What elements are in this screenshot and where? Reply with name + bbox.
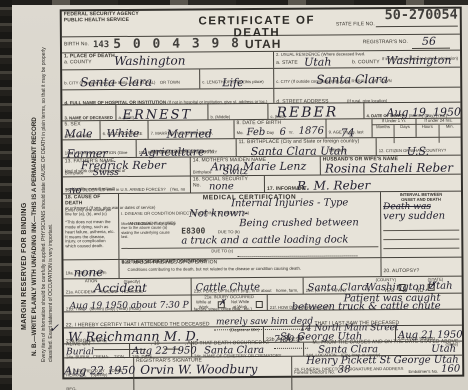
field-date-signed: 23c. DATE SIGNED Aug 21 1950 — [396, 326, 462, 341]
field-last-name: c. (Last) REBER — [268, 103, 364, 119]
field-length-of-stay: c. LENGTH OF STAY (this place) Life — [200, 69, 274, 89]
field-time-of-injury: 21d. TIME (Month) (Day) (Year) (Hour) Au… — [64, 295, 192, 311]
scan-edge-top — [0, 0, 468, 5]
cause-note-2: *This does not mean the mode of dying, s… — [65, 220, 116, 249]
race-value: White — [107, 128, 140, 139]
field-physician-signature: 23a. SIGNATURE (Degree or title) W Reich… — [64, 327, 264, 343]
burial-date-value: Aug 22 1950 — [132, 346, 197, 356]
dob-mo-value: Feb — [247, 128, 266, 138]
spouse-name-value: Rosina Staheli Reber — [325, 162, 453, 175]
accident-label: 21a. ACCIDENT — [66, 289, 97, 294]
field-hospital: d. FULL NAME OF HOSPITAL OR INSTITUTION … — [62, 89, 274, 104]
birth-no-label: BIRTH No. — [64, 42, 89, 48]
agency-block: FEDERAL SECURITY AGENCY PUBLIC HEALTH SE… — [62, 11, 180, 37]
state-file-block: 50-270054 STATE FILE NO. — [334, 9, 460, 35]
field-citizen: 12. CITIZEN OF WHAT COUNTRY? U.S. — [377, 138, 461, 156]
field-spouse-name: HUSBAND'S OR WIFE'S NAME Rosina Staheli … — [321, 156, 461, 175]
field-age: 9. AGE (In yrs. last birthday) 74 — [326, 119, 372, 137]
field-injury-occurred: 21e. INJURY OCCURRED While atWork ✗ Not … — [192, 295, 268, 311]
degree-or-title-label: (Degree or title) — [230, 328, 259, 333]
place-county-value: Washington — [114, 55, 185, 67]
residence-city-value: Santa Clara — [316, 73, 388, 86]
field-street-address: d. STREET ADDRESS (If rural, give locati… — [274, 88, 460, 103]
residence-county-label: b. COUNTY — [352, 60, 380, 66]
field-injury-location: 21c. (CITY or TOWN) (COUNTY) (STATE) San… — [304, 277, 462, 294]
industry-value: Agriculture — [141, 146, 205, 157]
margin-instructions-text: Every item of information should be care… — [41, 44, 54, 362]
rule-line — [383, 239, 459, 249]
injury-city-value: Santa Clara, — [308, 283, 371, 293]
registrar-row: 25. DATE REC'D BY LOCAL REG. Aug 22 1950… — [64, 356, 462, 390]
field-place-of-injury: 21b. PLACE OF INJURY (e.g., in or about … — [192, 278, 304, 295]
field-cemetery: 24c. NAME OF CEMETERY OR CREMATORY Santa… — [192, 343, 304, 357]
registrar-signature-value: Orvin W. Woodbury — [140, 363, 257, 376]
embalmer-no-value: 160 — [441, 365, 460, 375]
field-burial-date: 24b. DATE Aug 22 1950 — [130, 343, 192, 356]
field-physician-address: 23b. ADDRESS 14 North Main Street St. Ge… — [264, 326, 396, 342]
field-burial: 24a. BURIAL, CREMA- TION, REMOVAL (Speci… — [64, 344, 130, 357]
field-industry: 10b. KIND OF BUSINESS OR INDUSTRY Agricu… — [137, 139, 237, 157]
last-name-value: REBER — [276, 105, 338, 119]
interval-value-2: very sudden — [383, 211, 459, 222]
cause-of-death-label: 18. CAUSE OF DEATH — [65, 195, 116, 207]
due-to-c-blank — [238, 250, 358, 257]
file-number-stamp: 5 0 0 4 3 9 8 — [113, 36, 241, 52]
funeral-director-no-value: 38 — [338, 365, 351, 375]
disease-value: Internal Injuries - Type — [231, 198, 348, 209]
residence-state-value: Utah — [304, 57, 331, 68]
field-operation-findings: 19b. MAJOR FINDINGS OF OPERATION — [119, 258, 381, 278]
field-birthplace: 11. BIRTHPLACE (City and State or foreig… — [237, 138, 377, 156]
field-occupation: 10a. USUAL OCCUPATION (Give kind of work… — [63, 140, 137, 158]
registrar-no-value: 56 — [412, 36, 450, 49]
accident-value: Accident — [94, 282, 147, 294]
field-date-received: 25. DATE REC'D BY LOCAL REG. Aug 22 1950 — [64, 358, 134, 390]
registrar-no-label: REGISTRAR'S NO. — [363, 40, 408, 46]
field-registrar-signature: REGISTRAR'S SIGNATURE Orvin W. Woodbury — [134, 357, 292, 390]
field-place-of-death: 1. PLACE OF DEATH a. COUNTY Washington — [62, 52, 274, 69]
certificate-form: FEDERAL SECURITY AGENCY PUBLIC HEALTH SE… — [60, 7, 465, 380]
field-name-label: 3. NAME OF DECEASED (Type or Print) — [62, 105, 116, 120]
field-mother-name: 14. MOTHER'S MAIDEN NAME Anna Marie Lenz… — [191, 157, 321, 176]
field-first-name: a. (First) ERNEST — [116, 104, 208, 120]
informant-value: R. M. Reber — [297, 179, 370, 192]
field-date-of-operation: 19a. DATE OF OPER- ATION none — [63, 260, 119, 278]
middle-name-label: b. (Middle) — [210, 114, 230, 119]
residence-state-label: a. STATE — [276, 61, 298, 67]
checkbox-not-while-at-work — [256, 301, 263, 308]
margin-binding-text: MARGIN RESERVED FOR BINDING — [21, 202, 28, 330]
burial-location-state-value: Utah — [431, 345, 456, 355]
dob-yr-value: 1876 — [299, 127, 325, 137]
title-block: CERTIFICATE OF DEATH — [180, 9, 334, 35]
injury-time-value: Aug 19 1950 about 7:30 P — [70, 302, 189, 312]
operation-findings-label: 19b. MAJOR FINDINGS OF OPERATION — [121, 259, 378, 267]
field-place-city: b. CITY (If outside corporate limits, wr… — [62, 69, 200, 89]
scanned-death-certificate: MARGIN RESERVED FOR BINDING N. B.—WRITE … — [0, 0, 468, 390]
injury-state-value: Utah — [428, 282, 453, 292]
ssn-value: none — [209, 182, 234, 192]
field-middle-name: b. (Middle) — [208, 104, 268, 119]
residence-county-value: Washington — [386, 55, 451, 66]
city-row: b. CITY (If outside corporate limits, wr… — [62, 68, 460, 91]
field-autopsy: 20. AUTOPSY? YES NO ✗ — [381, 258, 461, 277]
age-value: 74 — [341, 127, 355, 138]
while-at-work-mark: ✗ — [219, 299, 227, 308]
marital-status-value: Married — [167, 128, 212, 139]
field-age-under-24hr: If under 24 hrs. Hours Min. — [416, 119, 460, 137]
field-age-under-1yr: If Under 1 Yr. Months Days — [372, 119, 416, 137]
margin-permanent-record-text: N. B.—WRITE PLAINLY WITH UNFADING INK—TH… — [31, 117, 38, 356]
certify-statement: 22. I HEREBY CERTIFY THAT I ATTENDED THE… — [64, 310, 462, 328]
date-signed-value: Aug 21 1950 — [398, 331, 463, 341]
state-file-blank-line — [376, 21, 458, 28]
field-race: 6. COLOR OR RACE White — [100, 121, 148, 139]
place-city-value: Santa Clara — [80, 76, 152, 89]
burial-location-value: Santa Clara — [318, 345, 378, 355]
name-label: 3. NAME OF DECEASED — [64, 115, 112, 120]
medical-certification-main: MEDICAL CERTIFICATION I. DISEASE OR COND… — [119, 192, 381, 259]
birth-no-stamp: 143 — [93, 40, 109, 50]
embalmer-no-label: Embalmer's No. — [408, 370, 438, 375]
dob-yr-label: Yr. — [289, 131, 294, 136]
cause-of-death-sidebar: 18. CAUSE OF DEATH Enter only one cause … — [63, 194, 119, 259]
autopsy-label: 20. AUTOPSY? — [384, 268, 420, 274]
due-to-c-label: DUE TO (c) — [211, 248, 233, 253]
field-informant: 17. INFORMANT R. M. Reber — [265, 175, 461, 192]
mother-birthplace-label: Birthplace — [193, 170, 212, 175]
field-father-name: 13. FATHER'S NAME Fredrick Reber Birthpl… — [63, 157, 191, 176]
state-file-label: STATE FILE NO. — [336, 22, 375, 28]
sex-value: Male — [65, 128, 93, 139]
field-usual-residence: 2. USUAL RESIDENCE (Where deceased lived… — [274, 51, 460, 68]
date-of-death-value: Aug 19, 1950 — [386, 107, 461, 119]
dob-day-value: 6 — [280, 128, 286, 138]
field-residence-city: c. CITY (If outside corporate limits, wr… — [274, 68, 460, 88]
scan-edge-left — [0, 0, 12, 390]
field-date-of-birth: 8. DATE OF BIRTH Mo. Feb Day 6 Yr. 1876 — [234, 120, 326, 139]
place-city-label2: OR TOWN — [160, 80, 180, 85]
pen-check-mark: ✓ — [49, 322, 59, 334]
burial-value: Burial — [66, 348, 94, 357]
place-of-injury-value: Cattle Chute — [196, 283, 260, 293]
state-name: UTAH — [245, 36, 282, 50]
field-marital-status: Married 7. MARRIED, NEVER MARRIED, WIDOW… — [148, 120, 234, 139]
interval-column: INTERVAL BETWEEN ONSET AND DEATH Death w… — [381, 192, 461, 258]
date-received-value: Aug 22 1950 — [64, 365, 135, 376]
length-of-stay-value: Life — [222, 77, 243, 88]
due-to-b-value: Being crushed between — [239, 218, 359, 229]
agency-line2: PUBLIC HEALTH SERVICE — [64, 17, 178, 24]
cause-note-1: Enter only one cause per line for (a), (… — [65, 208, 116, 218]
operation-date-value: none — [74, 266, 104, 278]
field-date-of-death: 4. DATE OF DEATH (Month) (Day) (Year) Au… — [364, 103, 460, 119]
cemetery-value: Santa Clara — [204, 346, 264, 356]
birthplace-value: Santa Clara Utah — [251, 145, 348, 157]
field-ssn: 16. SOCIAL SECURITY No. none — [191, 176, 265, 193]
dob-day-label: Day — [267, 131, 274, 136]
field-armed-forces: 15. WAS DECEASED ever in U.S. ARMED FORC… — [63, 176, 191, 193]
field-burial-location: 24d. LOCATION (City, town or county) (St… — [304, 342, 462, 356]
field-funeral-director: 26. FUNERAL DIRECTOR'S SIGNATURE AND ADD… — [292, 356, 462, 390]
funeral-director-no-label: Funeral Director's No. — [294, 371, 335, 376]
physician-address-value-2: St. George Utah — [280, 332, 362, 343]
father-birthplace-label: Birthplace — [65, 171, 84, 176]
injury-county-value: Washington, — [366, 283, 429, 293]
physician-signature-value: W Reichmann M. D. — [68, 330, 200, 344]
field-accident-type: 21a. ACCIDENT SUICIDE HOMICIDE (Specify)… — [64, 278, 192, 295]
field-how-injury-occurred: 21f. HOW DID INJURY OCCUR? Patient was c… — [268, 294, 462, 310]
dob-mo-label: Mo. — [237, 131, 244, 136]
field-sex: 5. SEX Male — [62, 121, 100, 139]
checkbox-while-at-work: ✗ — [218, 301, 225, 308]
medical-certification-row: 18. CAUSE OF DEATH Enter only one cause … — [63, 192, 461, 261]
